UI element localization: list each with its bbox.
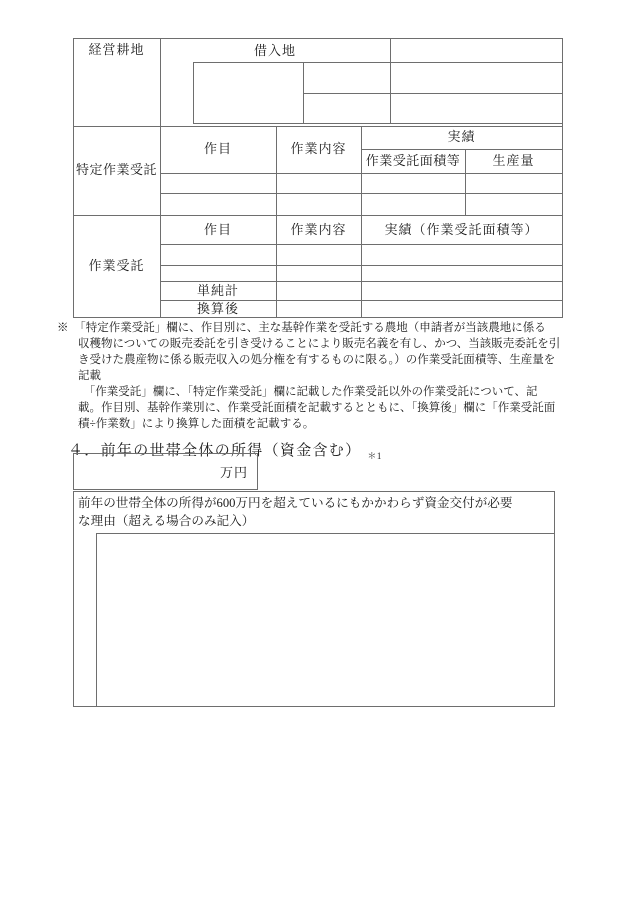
- header-crop-type-s2: 作目: [160, 141, 276, 157]
- header-borrowed-land: 借入地: [160, 43, 390, 59]
- document-page: 経営耕地 借入地 特定作業受託 作目 作業内容 実績 作業受託面積等 生産量 作…: [0, 0, 630, 903]
- grid-line: [193, 123, 563, 124]
- reason-entry-area-top-line: [96, 533, 555, 534]
- header-production-volume-s2: 生産量: [465, 153, 562, 169]
- footnote-marker: ＊1: [367, 451, 382, 461]
- footnote-line: 載。作目別、基幹作業別に、作業受託面積を記載するとともに、「換算後」欄に「作業受…: [78, 401, 555, 415]
- header-work-content-s2: 作業内容: [276, 141, 361, 157]
- grid-line: [562, 38, 563, 318]
- grid-line: [390, 38, 391, 124]
- grid-line: [303, 62, 304, 124]
- grid-line: [361, 149, 563, 150]
- grid-line: [73, 126, 563, 127]
- row-after-conversion: 換算後: [160, 301, 276, 317]
- grid-line: [303, 93, 563, 94]
- row-label-work-consignment: 作業受託: [73, 258, 160, 274]
- header-work-content-s3: 作業内容: [276, 222, 361, 238]
- row-label-managed-farmland: 経営耕地: [73, 42, 160, 58]
- row-label-specified-work-consignment: 特定作業受託: [73, 162, 160, 178]
- reason-text-line2: な理由（超える場合のみ記入）: [78, 512, 254, 530]
- unit-label: 万円: [220, 462, 248, 481]
- header-results-s2: 実績: [361, 129, 562, 145]
- footnote-line: ※ 「特定作業受託」欄に、作目別に、主な基幹作業を受託する農地（申請者が当該農地…: [57, 321, 546, 335]
- header-consigned-area-s2: 作業受託面積等: [361, 153, 465, 169]
- grid-line: [73, 38, 563, 39]
- grid-line: [73, 215, 563, 216]
- header-results-s3: 実績（作業受託面積等）: [361, 222, 562, 238]
- row-simple-total: 単純計: [160, 283, 276, 299]
- footnote-line: 積÷作業数」により換算した面積を記載する。: [78, 417, 314, 431]
- footnote-line: 収穫物についての販売委託を引き受けることにより販売名義を有し、かつ、当該販売委託…: [78, 337, 560, 351]
- header-crop-type-s3: 作目: [160, 222, 276, 238]
- grid-line: [73, 317, 563, 318]
- income-amount-box: 万円: [73, 453, 258, 490]
- grid-line: [73, 38, 74, 318]
- reason-text-line1: 前年の世帯全体の所得が600万円を超えているにもかかわらず資金交付が必要: [78, 494, 512, 512]
- grid-line: [193, 62, 563, 63]
- footnote-line: 「作業受託」欄に、「特定作業受託」欄に記載した作業受託以外の作業受託について、記: [78, 385, 538, 399]
- footnote-line: 記載: [78, 369, 101, 383]
- grid-line: [160, 38, 161, 318]
- reason-entry-area-left-line: [96, 533, 97, 707]
- grid-line: [193, 62, 194, 124]
- footnote-line: き受けた農産物に係る販売収入の処分権を有するものに限る。）の作業受託面積等、生産…: [78, 353, 555, 367]
